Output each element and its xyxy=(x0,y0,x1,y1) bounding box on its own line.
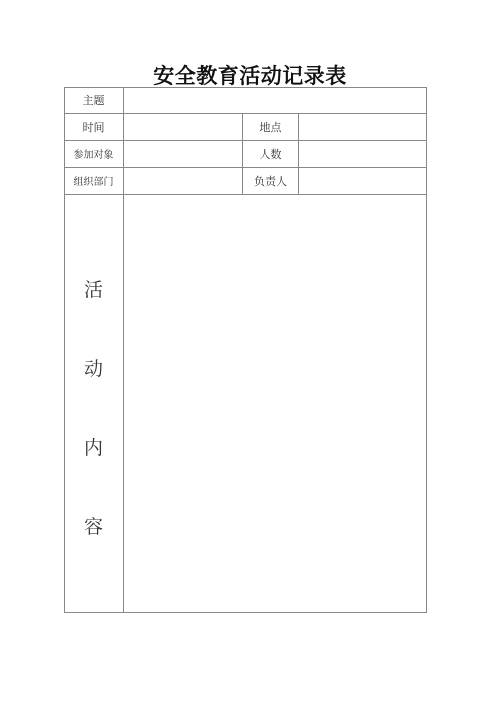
content-label-char: 内 xyxy=(64,433,123,460)
content-field[interactable] xyxy=(124,195,426,612)
document-title: 安全教育活动记录表 xyxy=(0,60,500,90)
participants-field[interactable] xyxy=(124,140,242,167)
participants-label: 参加对象 xyxy=(64,140,123,167)
topic-field[interactable] xyxy=(124,87,426,113)
time-field[interactable] xyxy=(124,113,242,140)
location-label: 地点 xyxy=(243,113,298,140)
content-label-char: 活 xyxy=(64,275,123,302)
count-label: 人数 xyxy=(243,140,298,167)
lead-label: 负责人 xyxy=(243,167,298,194)
org-field[interactable] xyxy=(124,167,242,194)
location-field[interactable] xyxy=(299,113,426,140)
topic-label: 主题 xyxy=(64,87,123,113)
content-label-char: 动 xyxy=(64,354,123,381)
lead-field[interactable] xyxy=(299,167,426,194)
count-field[interactable] xyxy=(299,140,426,167)
time-label: 时间 xyxy=(64,113,123,140)
content-label-char: 容 xyxy=(64,512,123,539)
org-label: 组织部门 xyxy=(64,167,123,194)
